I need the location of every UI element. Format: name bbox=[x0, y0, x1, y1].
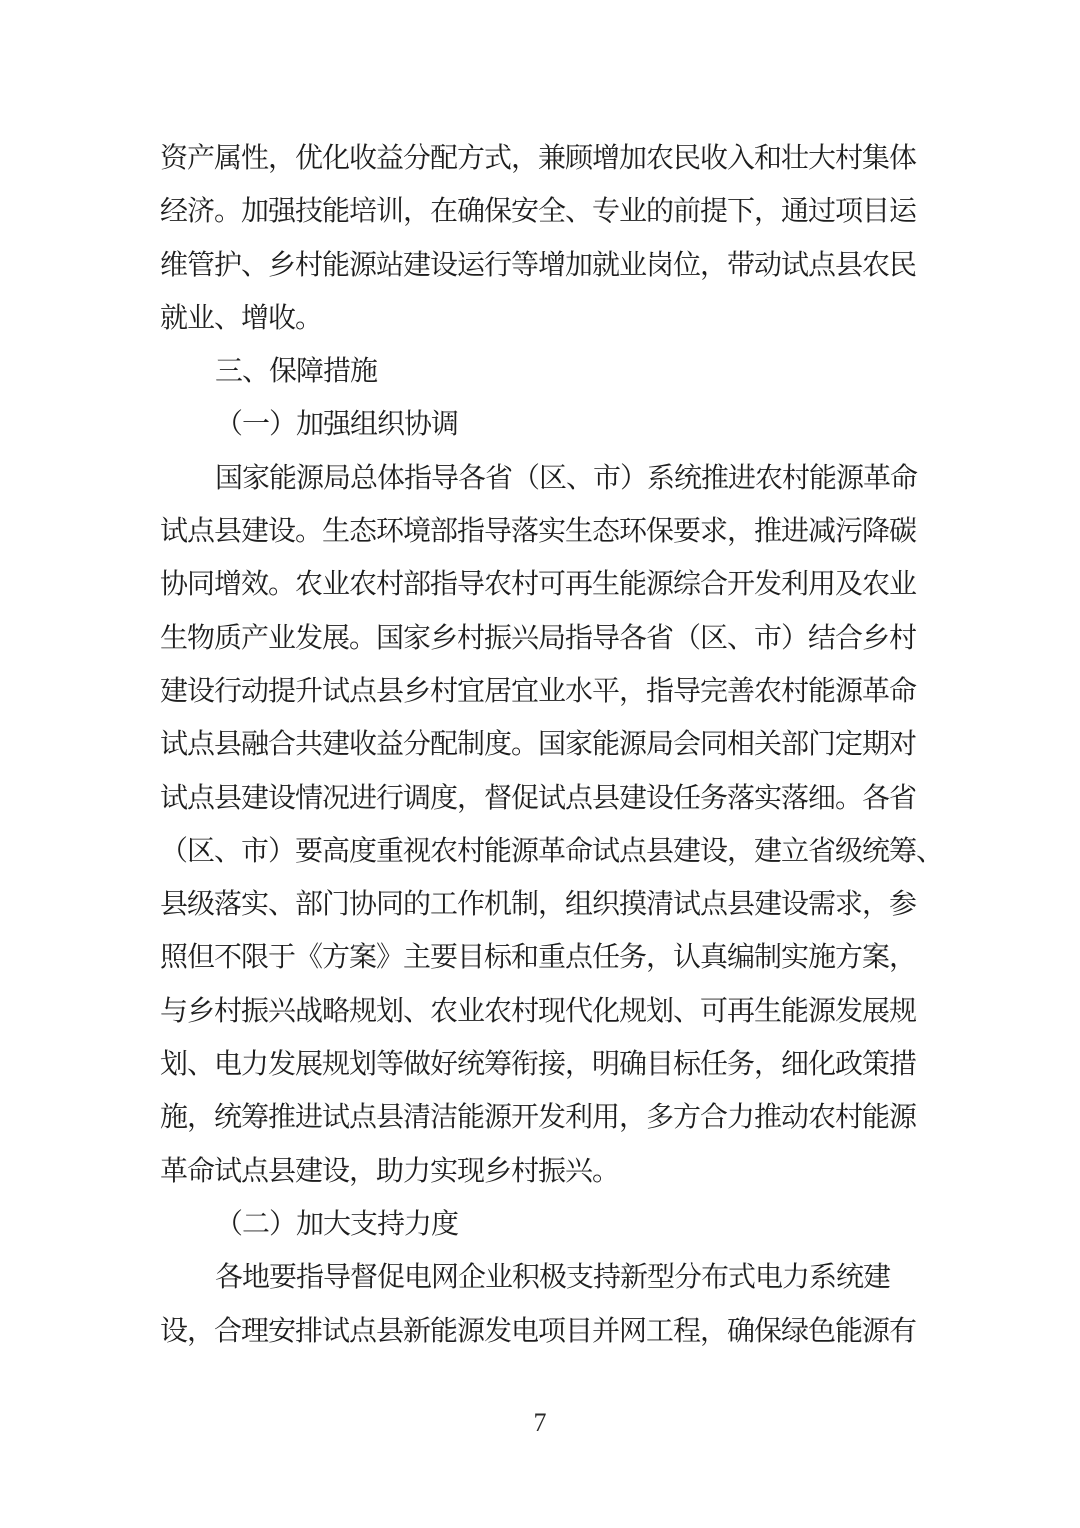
body-line: 县级落实、部门协同的工作机制，组织摸清试点县建设需求，参 bbox=[160, 877, 920, 930]
body-line: 划、电力发展规划等做好统筹衔接，明确目标任务，细化政策措 bbox=[160, 1037, 920, 1090]
body-line: 革命试点县建设，助力实现乡村振兴。 bbox=[160, 1144, 920, 1197]
body-line: 资产属性，优化收益分配方式，兼顾增加农民收入和壮大村集体 bbox=[160, 131, 920, 184]
body-line: 试点县建设情况进行调度，督促试点县建设任务落实落细。各省 bbox=[160, 771, 920, 824]
body-line: 国家能源局总体指导各省（区、市）系统推进农村能源革命 bbox=[160, 451, 920, 504]
document-body: 资产属性，优化收益分配方式，兼顾增加农民收入和壮大村集体 经济。加强技能培训，在… bbox=[160, 131, 920, 1357]
body-line: 试点县融合共建收益分配制度。国家能源局会同相关部门定期对 bbox=[160, 717, 920, 770]
body-line: 生物质产业发展。国家乡村振兴局指导各省（区、市）结合乡村 bbox=[160, 611, 920, 664]
subsection-heading: （一）加强组织协调 bbox=[160, 397, 920, 450]
body-line: 就业、增收。 bbox=[160, 291, 920, 344]
body-line: 协同增效。农业农村部指导农村可再生能源综合开发利用及农业 bbox=[160, 557, 920, 610]
body-line: （区、市）要高度重视农村能源革命试点县建设，建立省级统筹、 bbox=[160, 824, 920, 877]
body-line: 建设行动提升试点县乡村宜居宜业水平，指导完善农村能源革命 bbox=[160, 664, 920, 717]
document-page: 资产属性，优化收益分配方式，兼顾增加农民收入和壮大村集体 经济。加强技能培训，在… bbox=[0, 0, 1080, 1528]
body-line: 各地要指导督促电网企业积极支持新型分布式电力系统建 bbox=[160, 1250, 920, 1303]
body-line: 与乡村振兴战略规划、农业农村现代化规划、可再生能源发展规 bbox=[160, 984, 920, 1037]
body-line: 试点县建设。生态环境部指导落实生态环保要求，推进减污降碳 bbox=[160, 504, 920, 557]
body-line: 照但不限于《方案》主要目标和重点任务，认真编制实施方案， bbox=[160, 930, 920, 983]
body-line: 经济。加强技能培训，在确保安全、专业的前提下，通过项目运 bbox=[160, 184, 920, 237]
body-line: 设，合理安排试点县新能源发电项目并网工程，确保绿色能源有 bbox=[160, 1304, 920, 1357]
page-number: 7 bbox=[0, 1408, 1080, 1438]
body-line: 维管护、乡村能源站建设运行等增加就业岗位，带动试点县农民 bbox=[160, 238, 920, 291]
body-line: 施，统筹推进试点县清洁能源开发利用，多方合力推动农村能源 bbox=[160, 1090, 920, 1143]
section-heading: 三、保障措施 bbox=[160, 344, 920, 397]
subsection-heading: （二）加大支持力度 bbox=[160, 1197, 920, 1250]
